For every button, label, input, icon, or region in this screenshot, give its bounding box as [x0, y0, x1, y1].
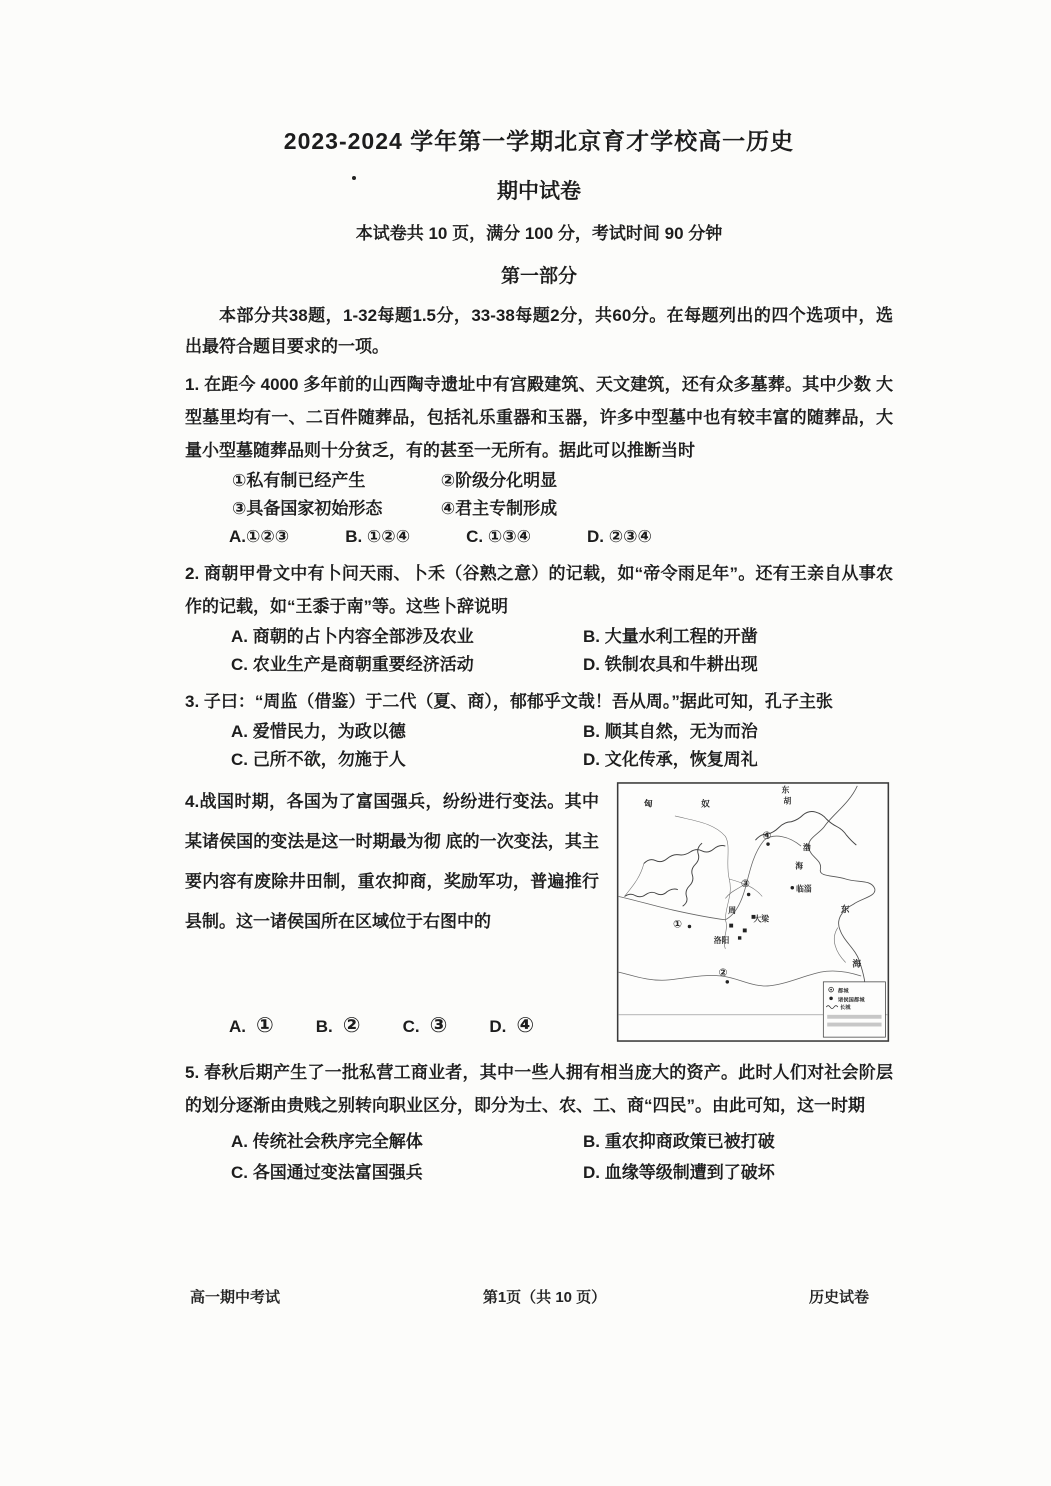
- option-a: A. 爱惜民力，为政以德: [231, 718, 583, 746]
- map-dot-4: [766, 842, 769, 845]
- question-4-options: A.① B.② C.③ D.④: [185, 1013, 599, 1042]
- option-c: C. 农业生产是商朝重要经济活动: [231, 651, 583, 679]
- question-5-options: A. 传统社会秩序完全解体 B. 重农抑商政策已被打破 C. 各国通过变法富国强…: [185, 1126, 893, 1188]
- option-d: D. ②③④: [587, 523, 652, 551]
- statement-1: ①私有制已经产生: [232, 467, 436, 495]
- map-label-bohai-2: 海: [795, 860, 803, 870]
- question-3-options: A. 爱惜民力，为政以德 B. 顺其自然，无为而治 C. 己所不欲，勿施于人 D…: [185, 718, 893, 774]
- option-d: D. 文化传承，恢复周礼: [583, 746, 893, 774]
- footer-page-number: 第1页（共 10 页）: [483, 1286, 606, 1307]
- map-mark-1: ①: [673, 919, 682, 931]
- map-city-mark: [729, 924, 733, 928]
- option-c: C. 各国通过变法富国强兵: [231, 1157, 583, 1188]
- map-label-daliang: 大梁: [753, 914, 769, 924]
- map-label-bohai-1: 渤: [803, 842, 811, 852]
- map-label-donghu-2: 胡: [784, 795, 792, 805]
- map-label-linzi: 临淄: [796, 884, 812, 894]
- map-mark-4: ④: [762, 830, 771, 842]
- option-a: A. 传统社会秩序完全解体: [231, 1126, 583, 1157]
- option-b: B. 大量水利工程的开凿: [583, 623, 893, 651]
- footer-subject: 历史试卷: [809, 1286, 869, 1307]
- question-3: 3. 子曰：“周监（借鉴）于二代（夏、商），郁郁乎文哉！吾从周。”据此可知，孔子…: [185, 685, 893, 774]
- question-2: 2. 商朝甲骨文中有卜问天雨、卜禾（谷熟之意）的记载，如“帝令雨足年”。还有王亲…: [185, 557, 893, 679]
- map-legend: 都城 诸侯国都城 长城: [823, 982, 885, 1037]
- map-city-mark: [738, 936, 741, 939]
- option-b: B. 顺其自然，无为而治: [583, 718, 893, 746]
- footer-exam-name: 高一期中考试: [190, 1286, 280, 1307]
- question-4: 4.战国时期，各国为了富国强兵，纷纷进行变法。其中某诸侯国的变法是这一时期最为彻…: [185, 782, 893, 1042]
- statement-3: ③具备国家初始形态: [232, 495, 436, 523]
- warring-states-map: 匈奴 东 胡 渤 海 临淄 东 海 周 洛阳 大梁 ① ② ③ ④: [613, 782, 893, 1042]
- map-city-dot-linzi: [791, 886, 794, 889]
- page-footer: 高一期中考试 第1页（共 10 页） 历史试卷: [0, 1286, 1051, 1307]
- scan-speck: [352, 176, 356, 180]
- exam-title: 2023-2024 学年第一学期北京育才学校高一历史: [185, 126, 893, 156]
- question-5-stem: 5. 春秋后期产生了一批私营工商业者，其中一些人拥有相当庞大的资产。此时人们对社…: [185, 1056, 893, 1122]
- option-c: C.③: [403, 1013, 448, 1038]
- exam-info-line: 本试卷共 10 页，满分 100 分，考试时间 90 分钟: [185, 222, 893, 246]
- option-b: B.②: [316, 1013, 361, 1038]
- map-label-xiongnu: 匈奴: [644, 797, 758, 808]
- statement-2: ②阶级分化明显: [441, 471, 557, 490]
- legend-capital: 都城: [837, 987, 849, 995]
- map-label-luoyang: 洛阳: [714, 935, 730, 945]
- legend-wall: 长城: [840, 1003, 851, 1011]
- question-2-stem: 2. 商朝甲骨文中有卜问天雨、卜禾（谷熟之意）的记载，如“帝令雨足年”。还有王亲…: [185, 557, 893, 623]
- map-city-mark: [743, 928, 747, 932]
- option-d: D. 铁制农具和牛耕出现: [583, 651, 893, 679]
- exam-paper-page: 2023-2024 学年第一学期北京育才学校高一历史 期中试卷 本试卷共 10 …: [0, 0, 1051, 1486]
- option-d: D. 血缘等级制遭到了破坏: [583, 1157, 893, 1188]
- question-5: 5. 春秋后期产生了一批私营工商业者，其中一些人拥有相当庞大的资产。此时人们对社…: [185, 1056, 893, 1188]
- option-c: C. 己所不欲，勿施于人: [231, 746, 583, 774]
- question-1-stem: 1. 在距今 4000 多年前的山西陶寺遗址中有宫殿建筑、天文建筑，还有众多墓葬…: [185, 368, 893, 467]
- question-1-options: A.①②③ B. ①②④ C. ①③④ D. ②③④: [185, 523, 893, 551]
- question-4-stem: 4.战国时期，各国为了富国强兵，纷纷进行变法。其中某诸侯国的变法是这一时期最为彻…: [185, 782, 599, 942]
- map-dot-1: [688, 925, 691, 928]
- map-label-zhou: 周: [728, 906, 736, 915]
- map-label-donghu-1: 东: [782, 785, 790, 795]
- option-c: C. ①③④: [466, 523, 531, 551]
- map-dot-3: [747, 893, 750, 896]
- question-1-statements: ①私有制已经产生 ②阶级分化明显 ③具备国家初始形态 ④君主专制形成: [185, 467, 893, 523]
- question-2-options: A. 商朝的占卜内容全部涉及农业 B. 大量水利工程的开凿 C. 农业生产是商朝…: [185, 623, 893, 679]
- map-label-donghai-1: 东: [841, 903, 850, 914]
- map-dot-2: [726, 980, 729, 983]
- statement-4: ④君主专制形成: [441, 499, 557, 518]
- exam-subtitle: 期中试卷: [185, 178, 893, 206]
- map-mark-2: ②: [719, 967, 728, 979]
- option-b: B. 重农抑商政策已被打破: [583, 1126, 893, 1157]
- option-a: A.①②③: [229, 523, 289, 551]
- part-intro: 本部分共38题，1-32每题1.5分，33-38每题2分，共60分。在每题列出的…: [185, 300, 893, 362]
- legend-note-line: [827, 1023, 881, 1027]
- map-mark-3: ③: [741, 878, 750, 890]
- option-d: D.④: [489, 1013, 534, 1038]
- option-a: A. 商朝的占卜内容全部涉及农业: [231, 623, 583, 651]
- option-b: B. ①②④: [345, 523, 410, 551]
- question-3-stem: 3. 子曰：“周监（借鉴）于二代（夏、商），郁郁乎文哉！吾从周。”据此可知，孔子…: [185, 685, 893, 718]
- legend-state-capital: 诸侯国都城: [838, 995, 865, 1003]
- question-1: 1. 在距今 4000 多年前的山西陶寺遗址中有宫殿建筑、天文建筑，还有众多墓葬…: [185, 368, 893, 551]
- option-a: A.①: [229, 1013, 274, 1038]
- map-label-donghai-2: 海: [852, 957, 861, 968]
- legend-note-line: [827, 1015, 881, 1019]
- part-heading: 第一部分: [185, 264, 893, 290]
